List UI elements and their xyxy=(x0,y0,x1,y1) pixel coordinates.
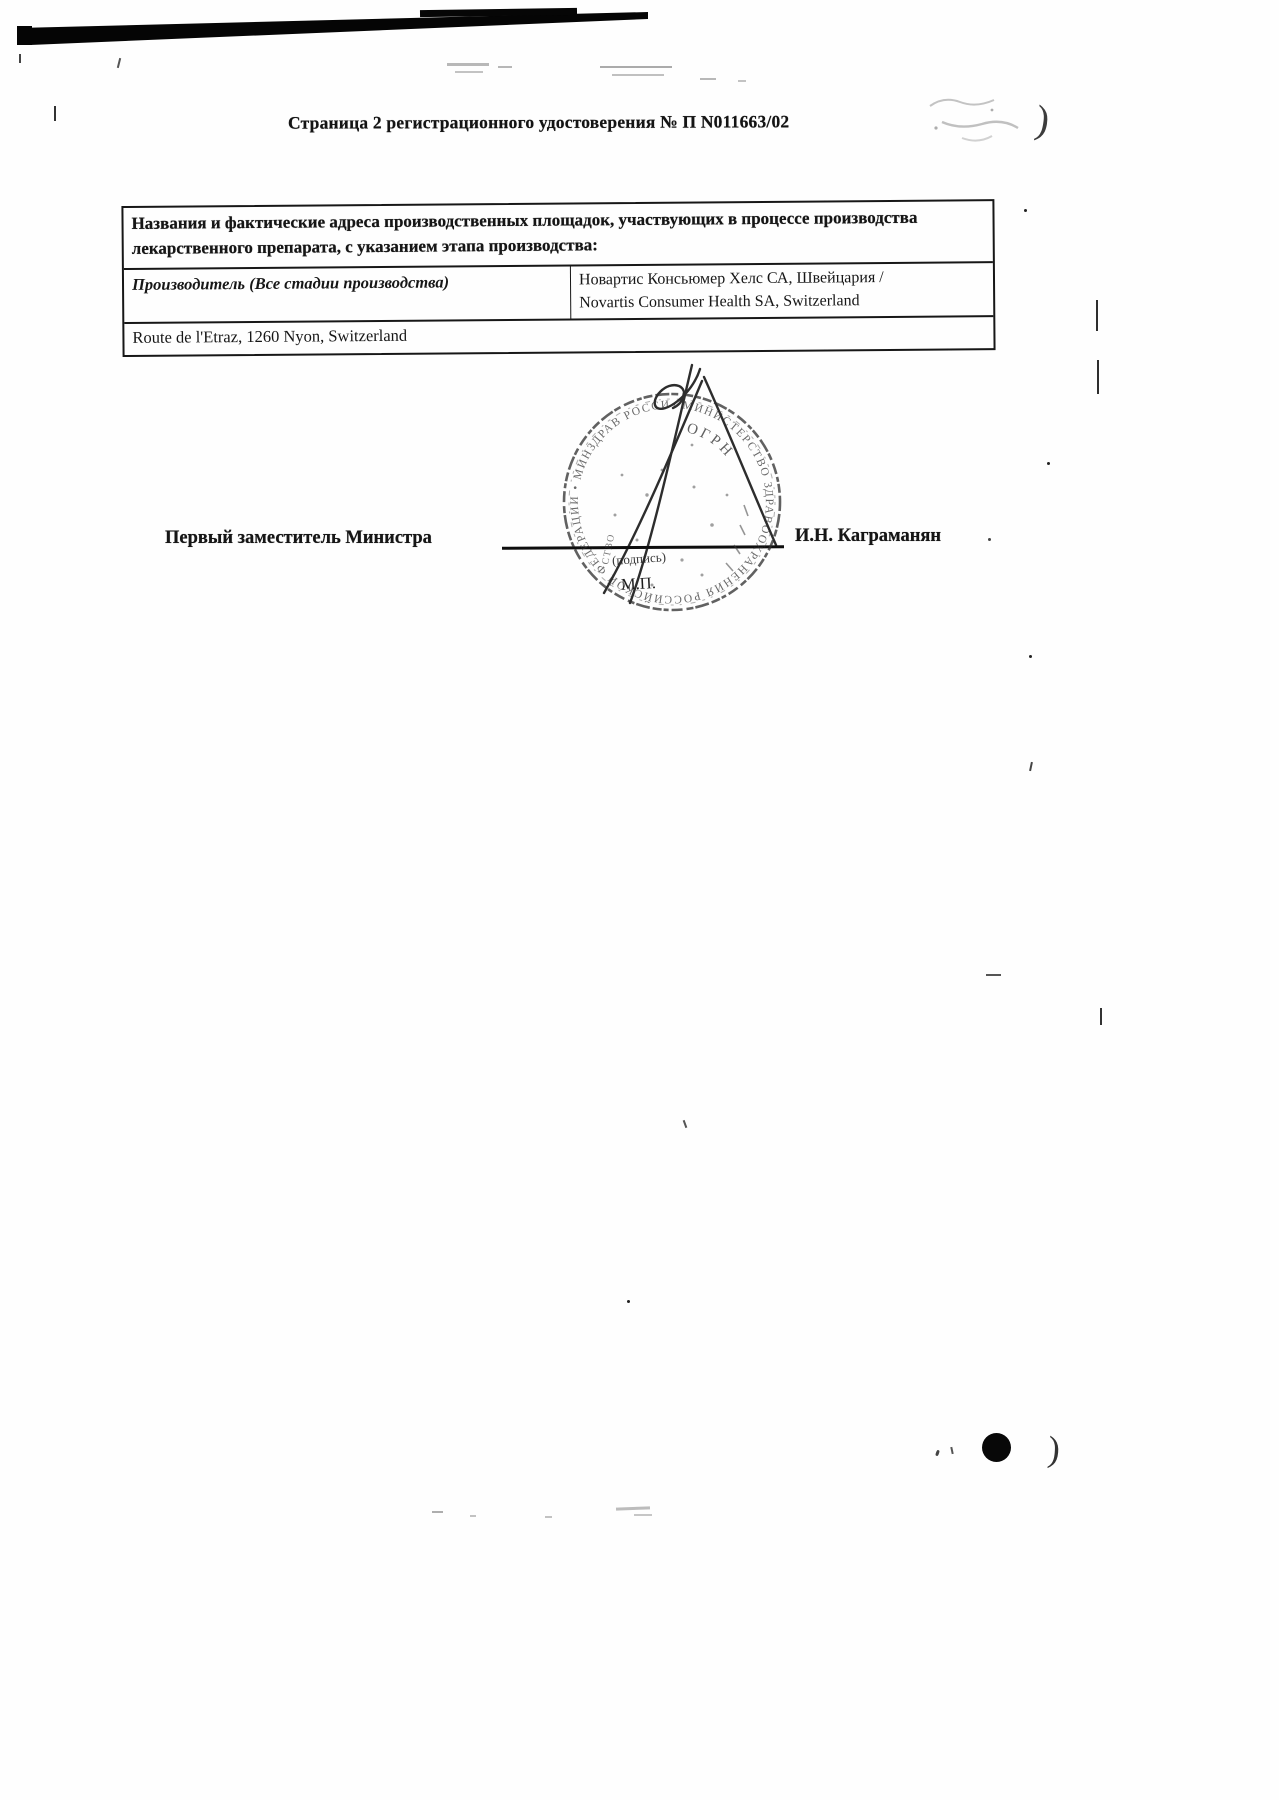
stamp-ring xyxy=(564,394,780,610)
ink-speck xyxy=(1024,209,1027,212)
pencil-dash xyxy=(738,80,746,82)
ink-speck xyxy=(1029,655,1032,658)
pencil-dash xyxy=(432,1511,443,1513)
pencil-dash xyxy=(700,78,716,80)
ink-speck xyxy=(627,1300,630,1303)
stray-paren-mark: ) xyxy=(1046,1428,1062,1471)
pencil-dash xyxy=(612,74,664,76)
ink-speck xyxy=(986,974,1001,976)
signatory-title: Первый заместитель Министра xyxy=(165,528,432,549)
table-header-cell: Названия и фактические адреса производст… xyxy=(123,201,992,270)
scanner-edge-bar xyxy=(0,0,700,60)
pencil-dash xyxy=(470,1515,476,1517)
official-round-stamp: • МИНИСТЕРСТВО ЗДРАВООХРАНЕНИЯ РОССИЙСКО… xyxy=(552,375,792,625)
margin-tick xyxy=(1100,1008,1102,1025)
producer-value-en: Novartis Consumer Health SA, Switzerland xyxy=(579,289,985,315)
pencil-smudge xyxy=(922,88,1052,168)
producer-value-cell: Новартис Консьюмер Хелс СА, Швейцария / … xyxy=(570,263,993,318)
producer-value-ru: Новартис Консьюмер Хелс СА, Швейцария / xyxy=(579,267,985,293)
pencil-dash xyxy=(616,1506,650,1510)
margin-tick xyxy=(1096,300,1098,331)
pencil-dash xyxy=(600,66,672,68)
ink-blot xyxy=(982,1433,1011,1462)
ink-speck xyxy=(935,1450,940,1457)
table-row-producer: Производитель (Все стадии производства) … xyxy=(124,263,993,324)
page-title: Страница 2 регистрационного удостоверени… xyxy=(288,111,789,133)
producer-label-cell: Производитель (Все стадии производства) xyxy=(124,267,570,322)
table-row-address: Route de l'Etraz, 1260 Nyon, Switzerland xyxy=(124,317,993,355)
pencil-dash xyxy=(634,1514,652,1516)
svg-text:• МИНИСТЕРСТВО ЗДРАВООХРАНЕНИЯ: • МИНИСТЕРСТВО ЗДРАВООХРАНЕНИЯ РОССИЙСКО… xyxy=(547,366,775,605)
ink-speck xyxy=(1047,462,1050,465)
ink-speck xyxy=(950,1447,953,1454)
pencil-dash xyxy=(447,63,489,66)
ink-speck xyxy=(1029,762,1033,771)
ink-speck xyxy=(54,106,56,121)
pencil-dash xyxy=(455,71,483,73)
pencil-dash xyxy=(498,66,512,68)
signatory-name: И.Н. Каграманян xyxy=(795,526,941,547)
manufacturing-sites-table: Названия и фактические адреса производст… xyxy=(121,199,995,357)
scanned-document-page: ) Страница 2 регистрационного удостовере… xyxy=(0,0,1279,1800)
pencil-dash xyxy=(545,1516,552,1518)
margin-tick xyxy=(1097,360,1099,394)
stamp-ring-text: • МИНИСТЕРСТВО ЗДРАВООХРАНЕНИЯ РОССИЙСКО… xyxy=(547,366,775,605)
ink-speck xyxy=(683,1120,688,1128)
ink-speck xyxy=(19,54,21,63)
seal-place-abbr: М.П. xyxy=(621,573,657,595)
ink-speck xyxy=(988,538,991,541)
